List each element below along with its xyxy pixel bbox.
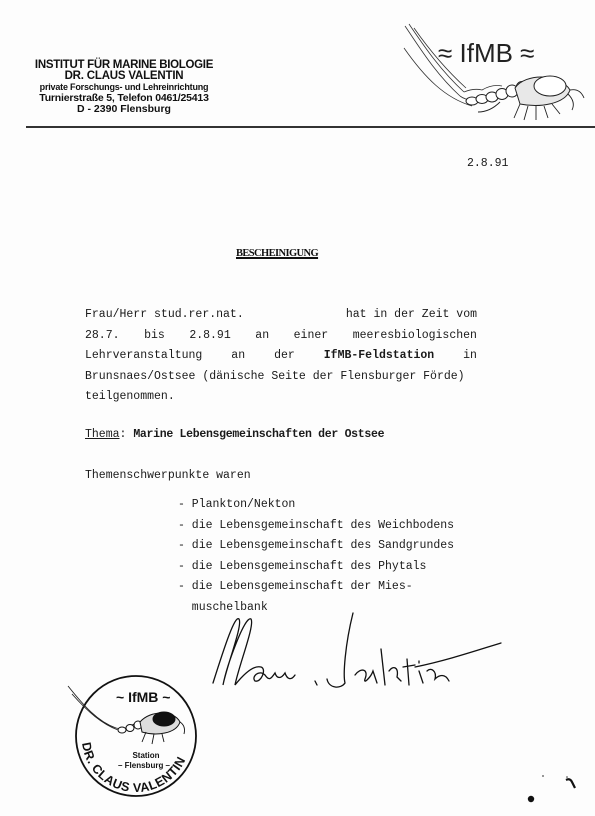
list-item: - die Lebensgemeinschaft des Sandgrundes — [178, 536, 454, 557]
body-line-1: Frau/Herr stud.rer.nat. hat in der Zeit … — [85, 305, 477, 326]
certificate-page: INSTITUT FÜR MARINE BIOLOGIE DR. CLAUS V… — [0, 0, 595, 816]
stamp-city-text: – Flensburg – — [118, 761, 171, 770]
stamp-top-text: ~ IfMB ~ — [116, 689, 170, 705]
body-line-3: Lehrveranstaltung an der IfMB-Feldstatio… — [85, 346, 477, 367]
ifmb-logo-text: ≈ IfMB ≈ — [438, 38, 534, 69]
document-title: BESCHEINIGUNG — [236, 248, 318, 259]
topic-label: Thema — [85, 428, 120, 441]
header-divider — [26, 126, 595, 128]
list-item: - die Lebensgemeinschaft des Weichbodens — [178, 516, 454, 537]
body-line-5: teilgenommen. — [85, 387, 477, 408]
topic-value: Marine Lebensgemeinschaften der Ostsee — [133, 428, 384, 441]
list-item: - die Lebensgemeinschaft des Phytals — [178, 557, 454, 578]
director-name: DR. CLAUS VALENTIN — [18, 71, 230, 82]
list-item: - die Lebensgemeinschaft der Mies- — [178, 577, 454, 598]
document-date: 2.8.91 — [467, 157, 508, 170]
certificate-body: Frau/Herr stud.rer.nat. hat in der Zeit … — [85, 305, 477, 408]
topics-intro: Themenschwerpunkte waren — [85, 469, 251, 482]
scan-specks — [500, 760, 595, 816]
letterhead: INSTITUT FÜR MARINE BIOLOGIE DR. CLAUS V… — [18, 60, 230, 115]
course-topic: Thema: Marine Lebensgemeinschaften der O… — [85, 428, 384, 441]
topics-list: - Plankton/Nekton - die Lebensgemeinscha… — [178, 495, 454, 618]
body-line-2: 28.7. bis 2.8.91 an einer meeresbiologis… — [85, 326, 477, 347]
institute-stamp-icon: ~ IfMB ~ Station – Flensburg – DR. CLAUS… — [64, 672, 204, 797]
list-item: - Plankton/Nekton — [178, 495, 454, 516]
stamp-station-text: Station — [132, 751, 159, 760]
body-line-4: Brunsnaes/Ostsee (dänische Seite der Fle… — [85, 367, 477, 388]
handwritten-signature-icon — [205, 605, 505, 700]
postal-city: D - 2390 Flensburg — [18, 104, 230, 115]
shrimp-logo-icon — [400, 18, 590, 123]
